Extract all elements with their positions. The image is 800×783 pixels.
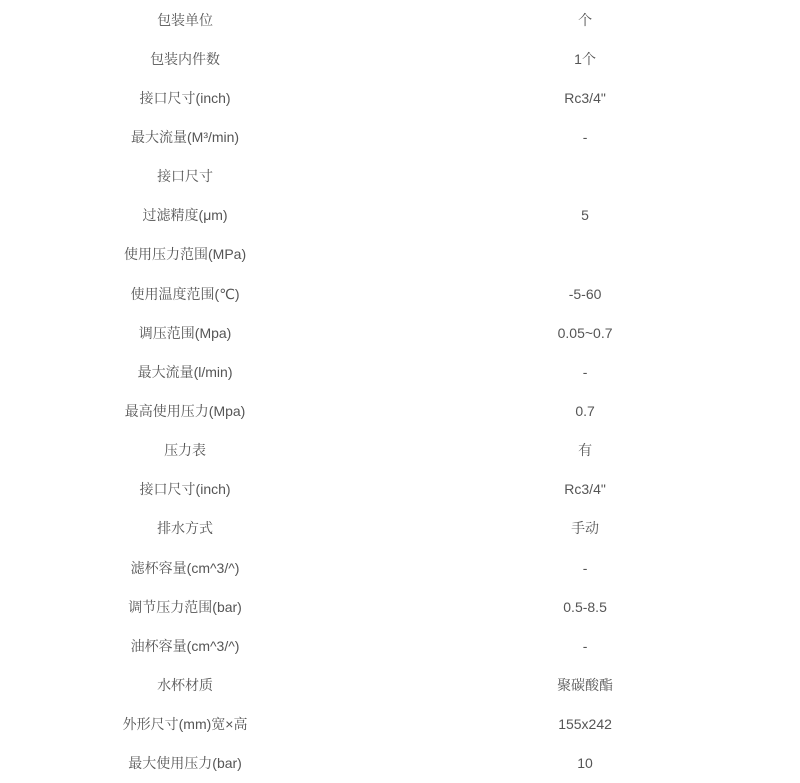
spec-value: 手动	[370, 518, 800, 538]
spec-value: -	[370, 364, 800, 380]
spec-value: Rc3/4"	[370, 90, 800, 106]
spec-row: 接口尺寸	[0, 157, 800, 196]
spec-label: 接口尺寸(inch)	[0, 479, 370, 499]
spec-label: 最高使用压力(Mpa)	[0, 401, 370, 421]
spec-label: 包装单位	[0, 10, 370, 30]
spec-label: 水杯材质	[0, 675, 370, 695]
spec-value: 5	[370, 207, 800, 223]
spec-label: 过滤精度(μm)	[0, 205, 370, 225]
spec-row: 调压范围(Mpa) 0.05~0.7	[0, 313, 800, 352]
spec-value: -	[370, 638, 800, 654]
spec-value: 0.5-8.5	[370, 599, 800, 615]
spec-row: 调节压力范围(bar) 0.5-8.5	[0, 587, 800, 626]
spec-label: 滤杯容量(cm^3/^)	[0, 558, 370, 578]
spec-value: 0.7	[370, 403, 800, 419]
spec-value: 1个	[370, 49, 800, 69]
spec-value: 0.05~0.7	[370, 325, 800, 341]
spec-row: 油杯容量(cm^3/^) -	[0, 626, 800, 665]
spec-label: 最大使用压力(bar)	[0, 753, 370, 773]
spec-row: 使用温度范围(℃) -5-60	[0, 274, 800, 313]
spec-label: 外形尺寸(mm)宽×高	[0, 714, 370, 734]
spec-label: 调压范围(Mpa)	[0, 323, 370, 343]
spec-label: 调节压力范围(bar)	[0, 597, 370, 617]
spec-label: 接口尺寸(inch)	[0, 88, 370, 108]
spec-row: 过滤精度(μm) 5	[0, 196, 800, 235]
spec-row: 最大流量(l/min) -	[0, 352, 800, 391]
spec-label: 接口尺寸	[0, 166, 370, 186]
spec-label: 使用压力范围(MPa)	[0, 244, 370, 264]
spec-row: 滤杯容量(cm^3/^) -	[0, 548, 800, 587]
spec-row: 最高使用压力(Mpa) 0.7	[0, 391, 800, 430]
spec-value: 155x242	[370, 716, 800, 732]
spec-label: 包装内件数	[0, 49, 370, 69]
spec-value: -	[370, 129, 800, 145]
spec-row: 使用压力范围(MPa)	[0, 235, 800, 274]
spec-value: 有	[370, 440, 800, 460]
spec-value: 聚碳酸酯	[370, 675, 800, 695]
spec-value: 10	[370, 755, 800, 771]
spec-row: 排水方式 手动	[0, 509, 800, 548]
spec-label: 最大流量(M³/min)	[0, 127, 370, 147]
spec-value: -5-60	[370, 286, 800, 302]
spec-row: 最大使用压力(bar) 10	[0, 744, 800, 783]
spec-label: 压力表	[0, 440, 370, 460]
spec-row: 接口尺寸(inch) Rc3/4"	[0, 78, 800, 117]
spec-table: 包装单位 个 包装内件数 1个 接口尺寸(inch) Rc3/4" 最大流量(M…	[0, 0, 800, 783]
spec-label: 使用温度范围(℃)	[0, 284, 370, 304]
spec-row: 水杯材质 聚碳酸酯	[0, 665, 800, 704]
spec-row: 最大流量(M³/min) -	[0, 117, 800, 156]
spec-row: 压力表 有	[0, 431, 800, 470]
spec-label: 排水方式	[0, 518, 370, 538]
spec-row: 接口尺寸(inch) Rc3/4"	[0, 470, 800, 509]
spec-value: Rc3/4"	[370, 481, 800, 497]
spec-label: 油杯容量(cm^3/^)	[0, 636, 370, 656]
spec-row: 外形尺寸(mm)宽×高 155x242	[0, 705, 800, 744]
spec-row: 包装单位 个	[0, 0, 800, 39]
spec-value: -	[370, 560, 800, 576]
spec-row: 包装内件数 1个	[0, 39, 800, 78]
spec-value: 个	[370, 10, 800, 30]
spec-label: 最大流量(l/min)	[0, 362, 370, 382]
